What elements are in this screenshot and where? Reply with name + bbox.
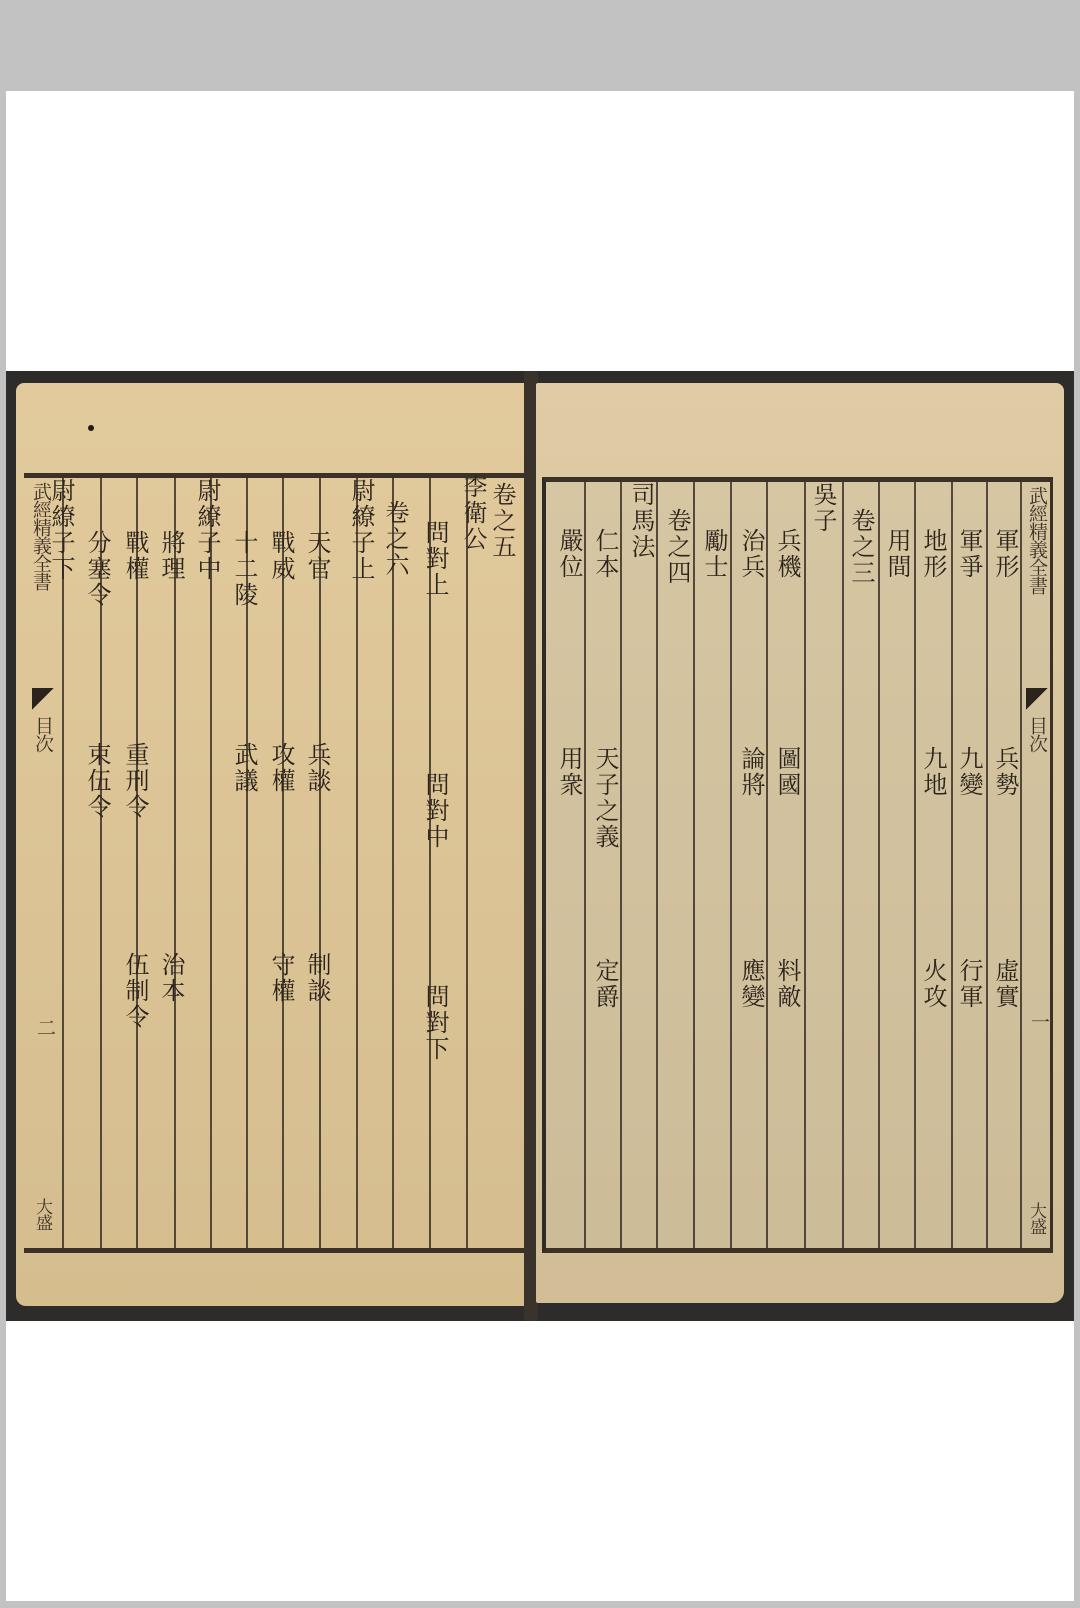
column-rule: [210, 478, 212, 1248]
column-rule: [392, 478, 394, 1248]
toc-entry: 圖國: [772, 746, 802, 798]
toc-entry: 十二陵: [229, 530, 259, 608]
toc-entry: 定爵: [590, 958, 620, 1010]
column-rule: [730, 482, 732, 1248]
toc-entry: 九地: [918, 746, 948, 798]
toc-entry: 卷之四: [662, 508, 692, 586]
printer-mark: 大盛: [30, 1198, 55, 1230]
toc-entry: 兵談: [302, 742, 332, 794]
toc-entry: 仁本: [590, 528, 620, 580]
column-rule: [842, 482, 844, 1248]
toc-entry: 李衛公: [458, 474, 488, 552]
toc-entry: 治本: [156, 952, 186, 1004]
toc-entry: 尉繚子上: [346, 478, 376, 582]
book-scan: 武經精義全書 目次 二 大盛 卷之五 李衛公 問對上 問對中 問對下 卷之六 尉: [6, 371, 1074, 1321]
right-page: 武經精義全書 目次 一 大盛 軍形 兵勢 虛實 軍爭 九變 行軍: [536, 383, 1064, 1303]
toc-entry: 料敵: [772, 958, 802, 1010]
toc-entry: 重刑令: [120, 742, 150, 820]
left-page-frame: 武經精義全書 目次 二 大盛 卷之五 李衛公 問對上 問對中 問對下 卷之六 尉: [24, 473, 527, 1253]
toc-entry: 武議: [229, 742, 259, 794]
toc-entry: 治兵: [736, 528, 766, 580]
toc-entry: 卷之三: [846, 508, 876, 586]
toc-entry: 地形: [918, 528, 948, 580]
toc-entry: 天官: [302, 530, 332, 582]
toc-entry: 制談: [302, 952, 332, 1004]
printer-mark: 大盛: [1024, 1202, 1049, 1234]
toc-entry: 問對下: [420, 984, 450, 1062]
column-rule: [319, 478, 321, 1248]
toc-entry: 卷之五: [487, 482, 517, 560]
toc-entry: 伍制令: [120, 952, 150, 1030]
toc-entry: 天子之義: [590, 746, 620, 850]
toc-entry: 應變: [736, 958, 766, 1010]
toc-entry: 行軍: [954, 958, 984, 1010]
toc-entry: 將理: [156, 530, 186, 582]
toc-entry: 問對上: [420, 520, 450, 598]
toc-entry: 戰威: [266, 530, 296, 582]
toc-entry: 戰權: [120, 530, 150, 582]
toc-entry: 尉繚子中: [192, 478, 222, 582]
toc-entry: 束伍令: [82, 742, 112, 820]
column-rule: [356, 478, 358, 1248]
toc-entry: 尉繚子下: [46, 478, 76, 582]
toc-entry: 卷之六: [380, 500, 410, 578]
toc-entry: 守權: [266, 952, 296, 1004]
toc-entry: 吳子: [808, 482, 838, 534]
toc-entry: 嚴位: [554, 528, 584, 580]
toc-entry: 司馬法: [626, 482, 656, 560]
column-rule: [986, 482, 988, 1248]
fishtail-mark: [32, 688, 54, 710]
toc-entry: 勵士: [699, 528, 729, 580]
column-rule: [620, 482, 622, 1248]
toc-entry: 用間: [882, 528, 912, 580]
column-rule: [136, 478, 138, 1248]
column-rule: [466, 478, 468, 1248]
column-rule: [693, 482, 695, 1248]
toc-entry: 兵勢: [990, 746, 1020, 798]
toc-entry: 九變: [954, 746, 984, 798]
column-rule: [914, 482, 916, 1248]
page-number: 一: [1026, 1012, 1053, 1030]
banxin-section: 目次: [30, 716, 57, 752]
banxin-title: 武經精義全書: [1024, 486, 1051, 594]
page-number: 二: [32, 1018, 59, 1036]
column-rule: [656, 482, 658, 1248]
toc-entry: 攻權: [266, 742, 296, 794]
banxin-section: 目次: [1024, 716, 1051, 752]
toc-entry: 兵機: [772, 528, 802, 580]
column-rule: [766, 482, 768, 1248]
column-rule: [282, 478, 284, 1248]
right-page-frame: 武經精義全書 目次 一 大盛 軍形 兵勢 虛實 軍爭 九變 行軍: [542, 477, 1053, 1253]
toc-entry: 軍形: [990, 528, 1020, 580]
column-rule: [62, 478, 64, 1248]
left-page: 武經精義全書 目次 二 大盛 卷之五 李衛公 問對上 問對中 問對下 卷之六 尉: [16, 383, 528, 1306]
toc-entry: 分塞令: [82, 530, 112, 608]
column-rule: [174, 478, 176, 1248]
column-rule: [584, 482, 586, 1248]
column-rule: [878, 482, 880, 1248]
column-rule: [951, 482, 953, 1248]
toc-entry: 用衆: [554, 746, 584, 798]
toc-entry: 軍爭: [954, 528, 984, 580]
worm-hole: [88, 425, 94, 431]
toc-entry: 虛實: [990, 958, 1020, 1010]
viewer-top-bar: [0, 0, 1080, 90]
toc-entry: 論將: [736, 746, 766, 798]
column-rule: [804, 482, 806, 1248]
toc-entry: 火攻: [918, 958, 948, 1010]
column-rule: [1020, 482, 1022, 1248]
fishtail-mark: [1026, 688, 1048, 710]
toc-entry: 問對中: [420, 772, 450, 850]
